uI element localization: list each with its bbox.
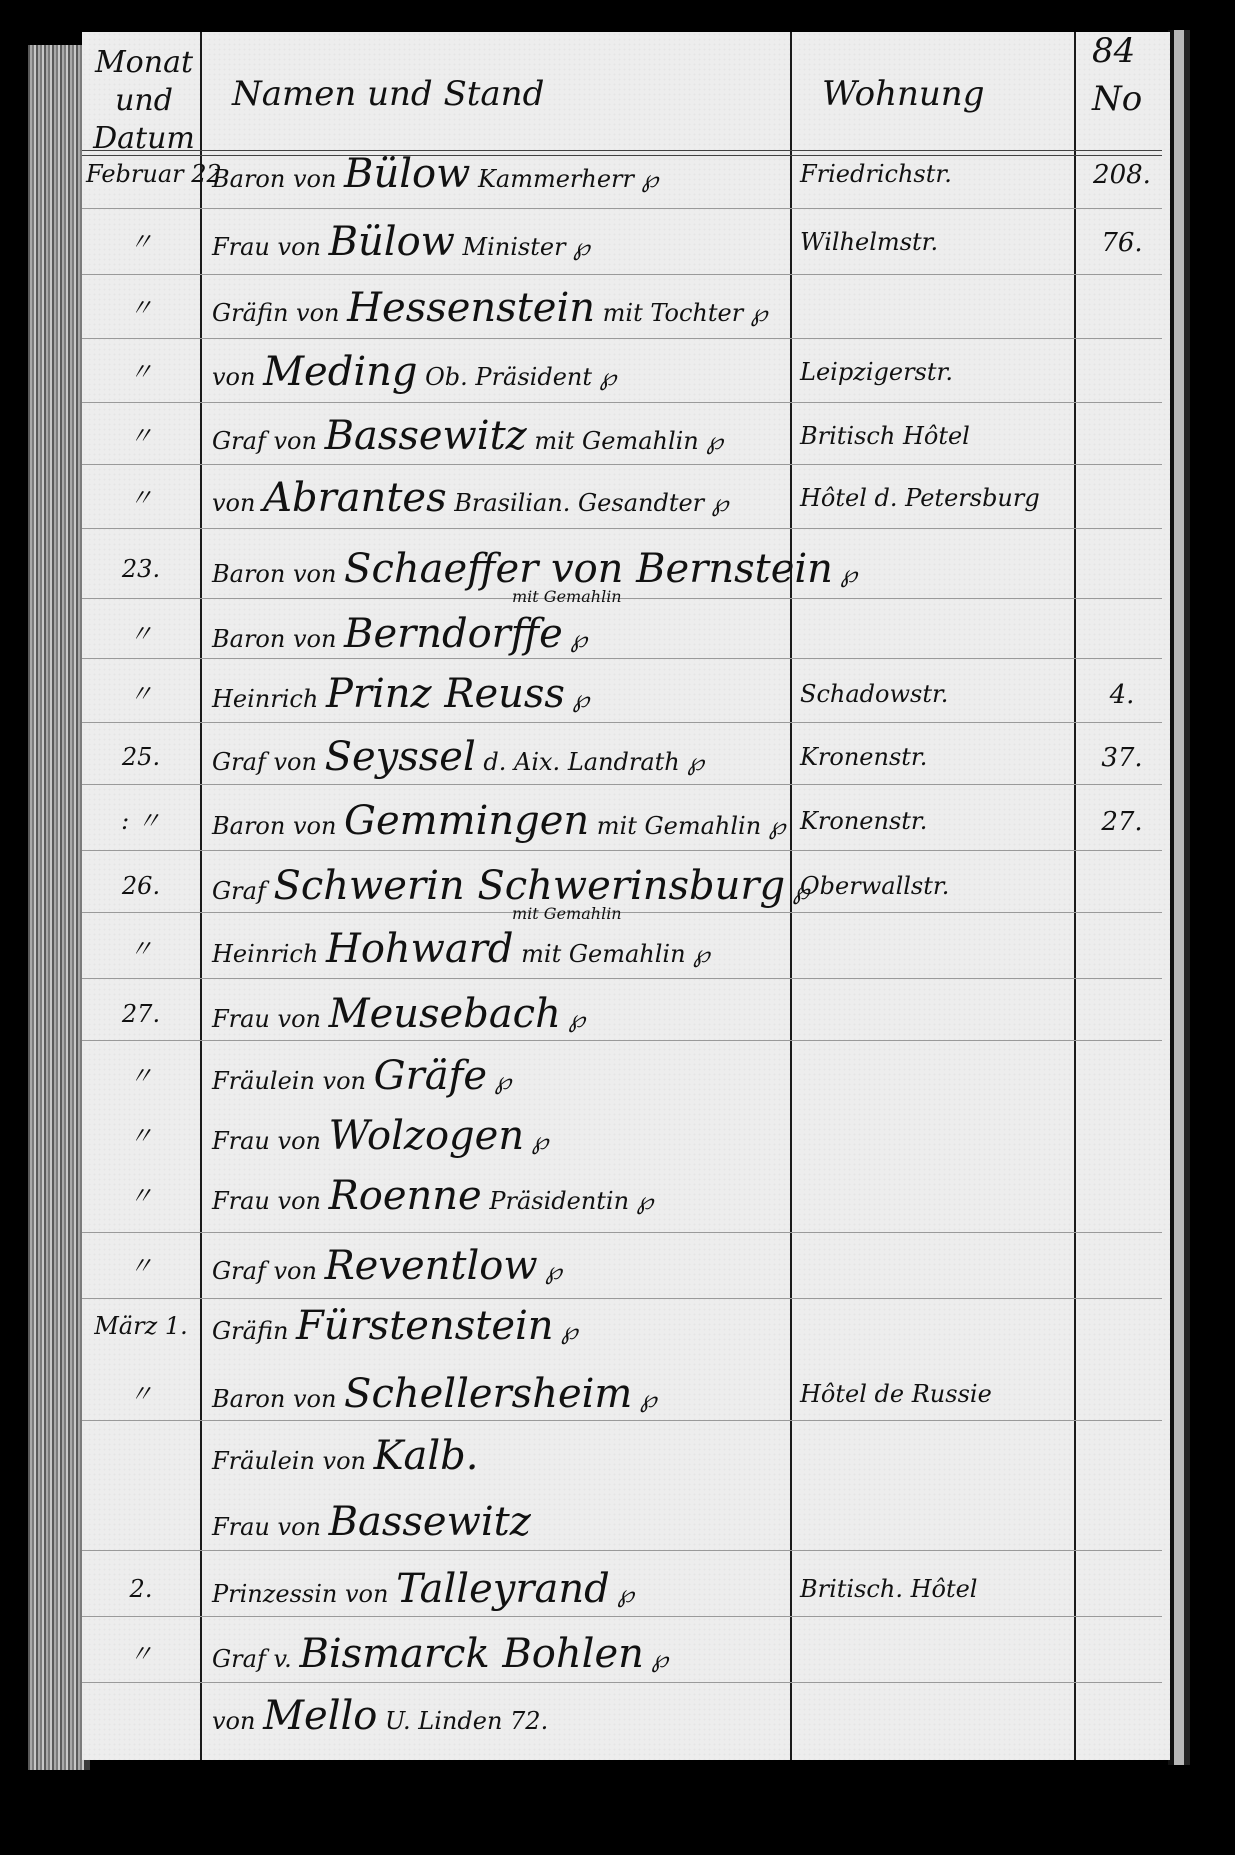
name-prefix: Baron von (212, 625, 344, 653)
entry-date: 27. (86, 1002, 196, 1026)
entry-number: 76. (1082, 230, 1162, 256)
entry-name: Graf von Seyssel d. Aix. Landrath ℘ (212, 737, 704, 777)
entry-date: 26. (86, 874, 196, 898)
entry-number: 37. (1082, 745, 1162, 771)
name-title: ℘ (561, 1005, 585, 1033)
name-prefix: Gräfin (212, 1317, 296, 1345)
entry-residence: Britisch. Hôtel (800, 1577, 977, 1601)
row-rule (82, 1232, 1162, 1233)
name-title: ℘ (565, 685, 589, 713)
row-rule (82, 722, 1162, 723)
entry-residence: Kronenstr. (800, 809, 927, 833)
row-rule (82, 1420, 1162, 1421)
name-surname: Schellersheim (344, 1371, 632, 1417)
entry-residence: Schadowstr. (800, 682, 948, 706)
entry-date: 〃 (86, 1124, 196, 1148)
entry-date: 〃 (86, 1382, 196, 1406)
name-surname: Abrantes (263, 475, 447, 521)
entry-name: Graf von Bassewitz mit Gemahlin ℘ (212, 416, 723, 456)
name-surname: Gräfe (374, 1053, 487, 1099)
entry-residence: Britisch Hôtel (800, 424, 970, 448)
name-title: U. Linden 72. (377, 1707, 548, 1735)
entry-date: : 〃 (86, 809, 196, 833)
entry-note: mit Gemahlin (512, 906, 622, 922)
entry-residence: Leipzigerstr. (800, 360, 953, 384)
entry-date: 〃 (86, 937, 196, 961)
name-surname: Hohward (326, 926, 514, 972)
name-surname: Schwerin Schwerinsburg (273, 863, 785, 909)
entry-name: Baron von Gemmingen mit Gemahlin ℘ (212, 801, 786, 841)
entry-date: 〃 (86, 360, 196, 384)
entry-name: Prinzessin von Talleyrand ℘ (212, 1569, 634, 1609)
entry-name: Fräulein von Kalb. (212, 1436, 478, 1476)
entry-name: Graf von Reventlow ℘ (212, 1246, 562, 1286)
entry-name: Frau von Roenne Präsidentin ℘ (212, 1176, 653, 1216)
entry-date: Februar 22 (86, 162, 196, 186)
name-surname: Bassewitz (325, 413, 527, 459)
row-rule (82, 1040, 1162, 1041)
ledger-page: Monat und Datum Namen und Stand Wohnung … (82, 32, 1170, 1760)
name-prefix: Prinzessin von (212, 1580, 396, 1608)
entry-residence: Kronenstr. (800, 745, 927, 769)
entry-date: 〃 (86, 1642, 196, 1666)
name-title: ℘ (538, 1257, 562, 1285)
row-rule (82, 1550, 1162, 1551)
entry-date: 〃 (86, 1184, 196, 1208)
entry-note: mit Gemahlin (512, 589, 622, 605)
name-title: mit Gemahlin ℘ (527, 427, 723, 455)
name-title: ℘ (554, 1317, 578, 1345)
row-rule (82, 208, 1162, 209)
entry-name: Baron von Berndorffe ℘ (212, 614, 587, 654)
entry-date: März 1. (86, 1314, 196, 1338)
entry-date: 23. (86, 557, 196, 581)
name-surname: Mello (263, 1693, 377, 1739)
name-prefix: Fräulein von (212, 1067, 374, 1095)
name-title: mit Tochter ℘ (595, 299, 768, 327)
name-title: d. Aix. Landrath ℘ (476, 748, 704, 776)
name-prefix: Baron von (212, 165, 344, 193)
entry-name: Frau von Bülow Minister ℘ (212, 222, 590, 262)
column-divider-date (200, 32, 202, 1760)
name-prefix: von (212, 363, 263, 391)
name-title: Kammerherr ℘ (470, 165, 658, 193)
column-divider-residence (1074, 32, 1076, 1760)
name-surname: Bismarck Bohlen (299, 1631, 643, 1677)
name-prefix: Heinrich (212, 685, 326, 713)
name-title: Minister ℘ (455, 233, 590, 261)
page-stack-edges (28, 45, 90, 1770)
entry-name: Heinrich Hohward mit Gemahlin ℘ (212, 929, 710, 969)
name-prefix: von (212, 489, 263, 517)
book-binding (1168, 30, 1190, 1765)
name-surname: Prinz Reuss (326, 671, 565, 717)
entry-name: Frau von Wolzogen ℘ (212, 1116, 548, 1156)
row-rule (82, 1682, 1162, 1683)
row-rule (82, 912, 1162, 913)
row-rule (82, 402, 1162, 403)
name-prefix: Graf v. (212, 1645, 299, 1673)
row-rule (82, 528, 1162, 529)
name-surname: Meusebach (329, 991, 561, 1037)
entry-name: von Mello U. Linden 72. (212, 1696, 548, 1736)
entry-name: Graf Schwerin Schwerinsburg ℘ (212, 866, 809, 906)
name-prefix: Frau von (212, 1127, 329, 1155)
header-date: Monat und Datum (90, 44, 198, 158)
name-surname: Meding (263, 349, 417, 395)
row-rule (82, 598, 1162, 599)
entry-date: 25. (86, 745, 196, 769)
name-surname: Reventlow (325, 1243, 538, 1289)
entry-residence: Friedrichstr. (800, 162, 952, 186)
name-prefix: Gräfin von (212, 299, 347, 327)
name-prefix: Graf von (212, 427, 325, 455)
entry-residence: Wilhelmstr. (800, 230, 938, 254)
name-surname: Kalb. (374, 1433, 479, 1479)
name-title: ℘ (632, 1385, 656, 1413)
entry-name: Gräfin Fürstenstein ℘ (212, 1306, 578, 1346)
name-surname: Bülow (329, 219, 455, 265)
name-surname: Gemmingen (344, 798, 589, 844)
name-prefix: Baron von (212, 1385, 344, 1413)
name-surname: Hessenstein (347, 285, 595, 331)
name-title: ℘ (524, 1127, 548, 1155)
name-surname: Schaeffer von Bernstein (344, 546, 833, 592)
entry-name: Baron von Schaeffer von Bernstein ℘ (212, 549, 857, 589)
row-rule (82, 464, 1162, 465)
row-rule (82, 1298, 1162, 1299)
name-prefix: Fräulein von (212, 1447, 374, 1475)
name-title: Brasilian. Gesandter ℘ (447, 489, 729, 517)
entry-date: 〃 (86, 296, 196, 320)
row-rule (82, 850, 1162, 851)
row-rule (82, 338, 1162, 339)
name-title: mit Gemahlin ℘ (589, 812, 785, 840)
name-prefix: Baron von (212, 560, 344, 588)
entry-name: Baron von Schellersheim ℘ (212, 1374, 657, 1414)
name-title: ℘ (563, 625, 587, 653)
page-number: 84 (1092, 34, 1135, 68)
entry-name: von Abrantes Brasilian. Gesandter ℘ (212, 478, 729, 518)
row-rule (82, 274, 1162, 275)
name-prefix: Frau von (212, 1005, 329, 1033)
entry-name: Frau von Meusebach ℘ (212, 994, 585, 1034)
name-surname: Bassewitz (329, 1499, 531, 1545)
name-surname: Seyssel (325, 734, 476, 780)
entry-name: von Meding Ob. Präsident ℘ (212, 352, 616, 392)
entry-date: 〃 (86, 1064, 196, 1088)
name-prefix: Frau von (212, 1187, 329, 1215)
entry-name: Heinrich Prinz Reuss ℘ (212, 674, 589, 714)
header-residence: Wohnung (822, 77, 984, 111)
header-number: No (1092, 82, 1142, 116)
row-rule (82, 1616, 1162, 1617)
header-name: Namen und Stand (232, 77, 544, 111)
name-surname: Roenne (329, 1173, 482, 1219)
name-title: mit Gemahlin ℘ (514, 940, 710, 968)
name-prefix: Frau von (212, 1513, 329, 1541)
entry-date: 2. (86, 1577, 196, 1601)
name-prefix: Heinrich (212, 940, 326, 968)
name-surname: Berndorffe (344, 611, 563, 657)
entry-date: 〃 (86, 622, 196, 646)
name-title: ℘ (833, 560, 857, 588)
entry-date: 〃 (86, 230, 196, 254)
row-rule (82, 658, 1162, 659)
name-prefix: Baron von (212, 812, 344, 840)
entry-name: Frau von Bassewitz (212, 1502, 531, 1542)
entry-residence: Hôtel de Russie (800, 1382, 992, 1406)
name-title: Präsidentin ℘ (482, 1187, 654, 1215)
entry-number: 4. (1082, 682, 1162, 708)
name-surname: Wolzogen (329, 1113, 524, 1159)
entry-date: 〃 (86, 424, 196, 448)
name-prefix: Graf von (212, 1257, 325, 1285)
name-prefix: Graf von (212, 748, 325, 776)
entry-residence: Hôtel d. Petersburg (800, 486, 1040, 510)
name-prefix: von (212, 1707, 263, 1735)
name-title: ℘ (610, 1580, 634, 1608)
name-title: ℘ (644, 1645, 668, 1673)
entry-date: 〃 (86, 486, 196, 510)
entry-date: 〃 (86, 1254, 196, 1278)
entry-date: 〃 (86, 682, 196, 706)
entry-name: Gräfin von Hessenstein mit Tochter ℘ (212, 288, 768, 328)
entry-name: Graf v. Bismarck Bohlen ℘ (212, 1634, 668, 1674)
entry-name: Baron von Bülow Kammerherr ℘ (212, 154, 658, 194)
entry-name: Fräulein von Gräfe ℘ (212, 1056, 511, 1096)
row-rule (82, 978, 1162, 979)
name-title: Ob. Präsident ℘ (418, 363, 617, 391)
entry-residence: Oberwallstr. (800, 874, 949, 898)
name-surname: Fürstenstein (296, 1303, 554, 1349)
name-title: ℘ (487, 1067, 511, 1095)
name-surname: Talleyrand (396, 1566, 610, 1612)
name-prefix: Graf (212, 877, 273, 905)
entry-number: 27. (1082, 809, 1162, 835)
name-prefix: Frau von (212, 233, 329, 261)
row-rule (82, 784, 1162, 785)
name-surname: Bülow (344, 151, 470, 197)
entry-number: 208. (1082, 162, 1162, 188)
